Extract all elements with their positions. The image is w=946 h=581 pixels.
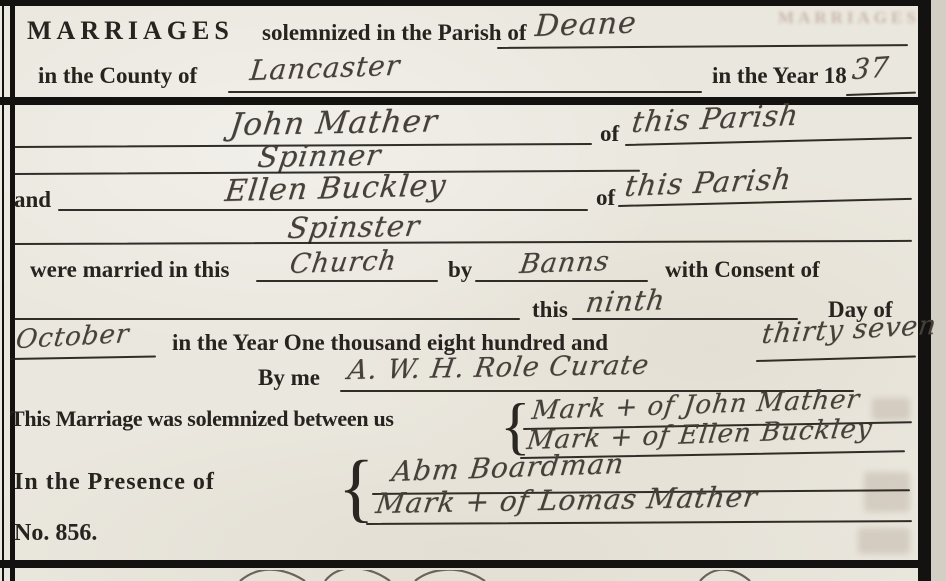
groom-residence-handwritten: this Parish: [630, 101, 801, 137]
bride-of-label: of: [596, 186, 615, 209]
place-blank-line: [256, 280, 438, 282]
month-handwritten: October: [14, 321, 130, 353]
year-words-label: in the Year One thousand eight hundred a…: [172, 331, 608, 354]
top-border-rule: [0, 0, 930, 6]
county-label: in the County of: [38, 64, 197, 87]
bride-condition-handwritten: Spinster: [286, 212, 422, 243]
witness2-signature-handwritten: Mark + of Lomas Mather: [374, 483, 760, 518]
marriage-method-handwritten: Banns: [518, 248, 611, 278]
presence-label: In the Presence of: [14, 470, 215, 494]
year-label: in the Year 18: [712, 64, 847, 87]
and-label: and: [14, 188, 51, 211]
officiant-signature-handwritten: A. W. H. Role Curate: [346, 352, 651, 384]
byme-label: By me: [258, 366, 320, 389]
left-outer-border: [2, 0, 4, 581]
by-label: by: [448, 258, 472, 281]
consent-blank-line: [14, 318, 520, 320]
married-label: were married in this: [30, 258, 230, 281]
bleedthrough-smudge: [872, 398, 910, 420]
entry-number: No. 856.: [14, 521, 97, 545]
bride-name-handwritten: Ellen Buckley: [223, 171, 448, 207]
marriage-place-handwritten: Church: [288, 247, 399, 278]
register-title: MARRIAGES: [27, 18, 234, 44]
marriage-register-page: MARRIAGES MARRIAGES solemnized in the Pa…: [0, 0, 946, 581]
bottom-divider-rule: [0, 560, 918, 568]
presence-brace: {: [338, 450, 374, 526]
year-handwritten: 37: [851, 53, 891, 84]
this-label: this: [532, 298, 568, 321]
county-blank-line: [228, 91, 702, 93]
method-blank-line: [475, 280, 648, 282]
page-edge-strip: [931, 0, 946, 581]
groom-name-handwritten: John Mather: [228, 106, 439, 141]
groom-occupation-handwritten: Spinner: [256, 141, 383, 172]
right-border-band: [918, 0, 931, 581]
next-entry-partial-handwriting: [230, 570, 790, 581]
bleedthrough-smudge: [858, 528, 910, 554]
solemnized-label: This Marriage was solemnized between us: [10, 408, 394, 430]
groom-of-label: of: [600, 122, 619, 145]
bleedthrough-text: MARRIAGES: [778, 8, 920, 28]
witness1-signature-handwritten: Abm Boardman: [390, 450, 626, 486]
parish-name-handwritten: Deane: [534, 8, 638, 42]
day-handwritten: ninth: [584, 286, 667, 317]
consent-label: with Consent of: [665, 258, 820, 281]
bride-residence-handwritten: this Parish: [623, 165, 794, 201]
county-handwritten: Lancaster: [249, 52, 402, 85]
header-line1-printed: solemnized in the Parish of: [262, 21, 527, 44]
bleedthrough-smudge: [864, 472, 910, 512]
